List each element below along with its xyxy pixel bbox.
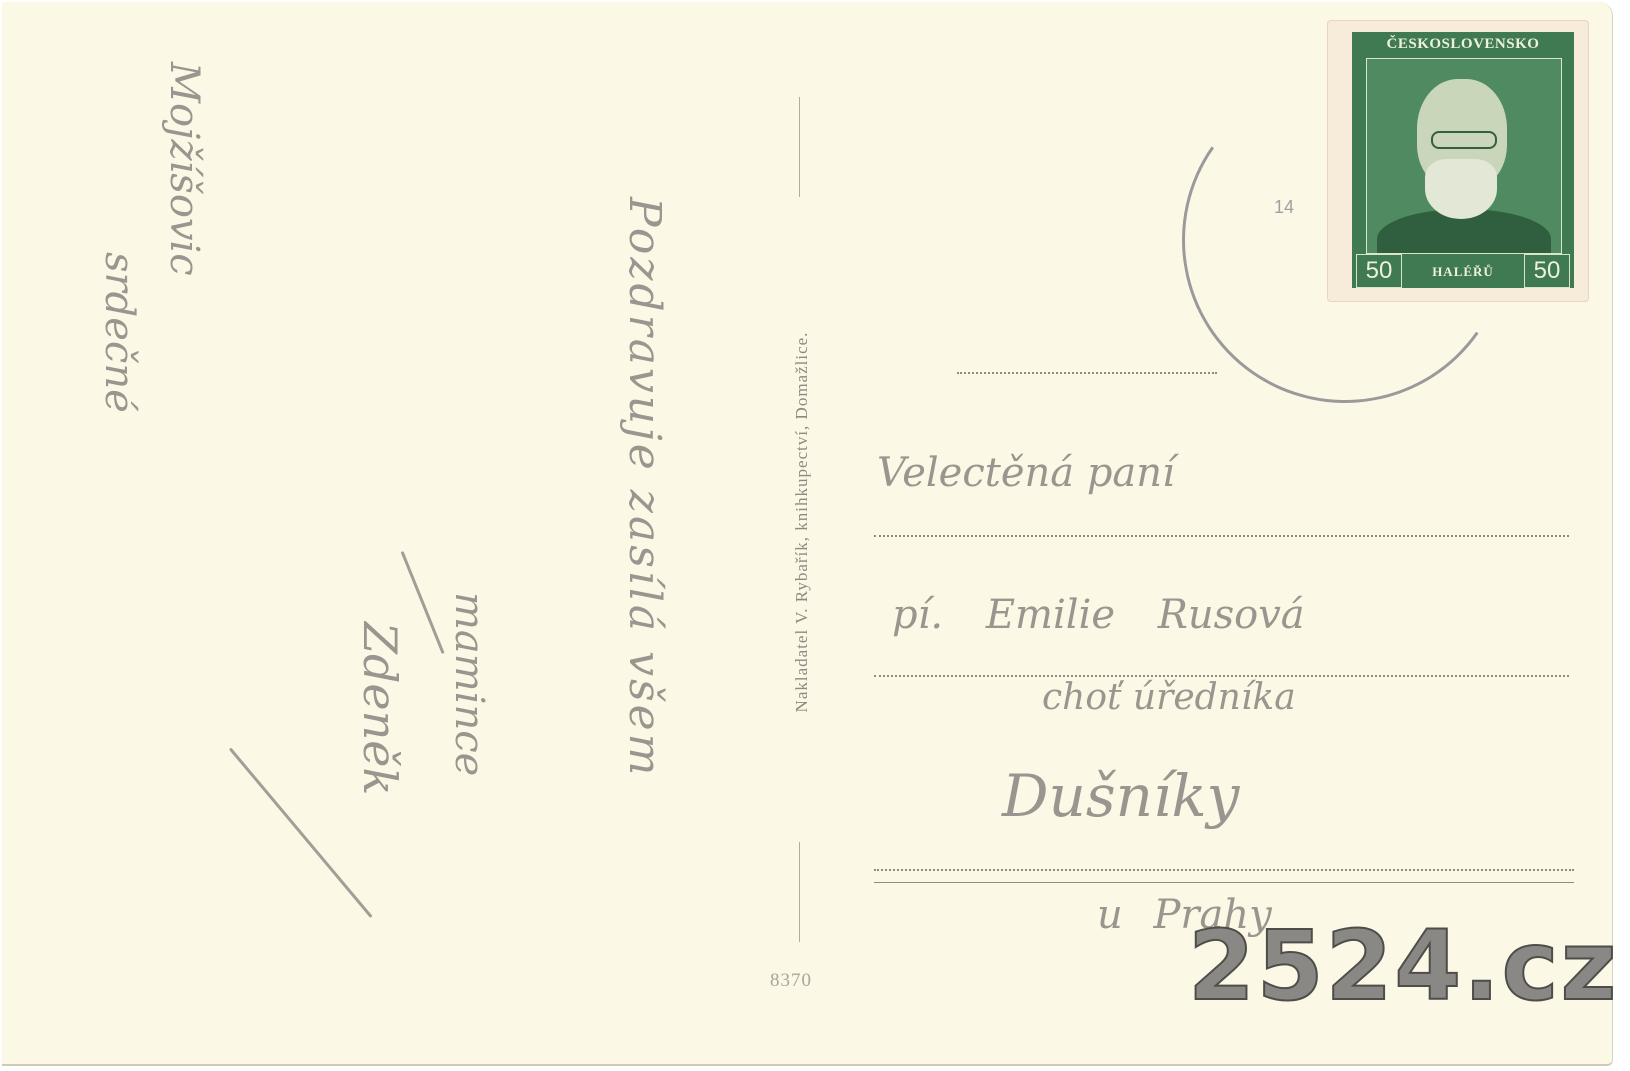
portrait-glasses [1431,131,1497,149]
signature: Zdeněk [353,622,407,795]
address-rule-2 [874,535,1569,537]
postmark-date: 14 [1274,197,1294,218]
postcard: Mojžíšovic srdečné mamince Zdeněk Pozdra… [2,2,1613,1066]
signature-flourish [229,748,373,918]
divider-bottom [799,842,800,942]
stamp-value-left: 50 [1356,254,1402,288]
message-column: Pozdravuje zasílá všem [619,197,670,778]
stamp-print: ČESKOSLOVENSKO 50 HALÉŘŮ 50 [1352,32,1574,288]
signature-prefix: mamince [446,592,492,776]
postage-stamp: ČESKOSLOVENSKO 50 HALÉŘŮ 50 [1327,20,1589,302]
portrait-beard [1425,159,1497,219]
address-line-4: Dušníky [1002,762,1239,830]
address-rule-1 [957,372,1217,374]
left-note-line2: srdečné [96,252,142,413]
address-line-2: pí. Emilie Rusová [892,592,1305,638]
address-line-1: Velectěná paní [877,450,1175,496]
divider-top [799,97,800,197]
publisher-imprint: Nakladatel V. Rybařík, knihkupectví, Dom… [792,332,812,713]
address-line-3: choť úředníka [1042,677,1296,718]
address-rule-4 [874,869,1574,871]
serial-number: 8370 [770,970,812,992]
stamp-currency: HALÉŘŮ [1412,264,1514,280]
stamp-portrait [1366,58,1562,254]
left-note-line1: Mojžíšovic [161,62,207,276]
signature-flourish-2 [401,551,445,654]
stamp-value-right: 50 [1524,254,1570,288]
stamp-country: ČESKOSLOVENSKO [1352,36,1574,53]
address-rule-4-solid [874,882,1574,883]
watermark: 2524.cz [1188,918,1618,1014]
